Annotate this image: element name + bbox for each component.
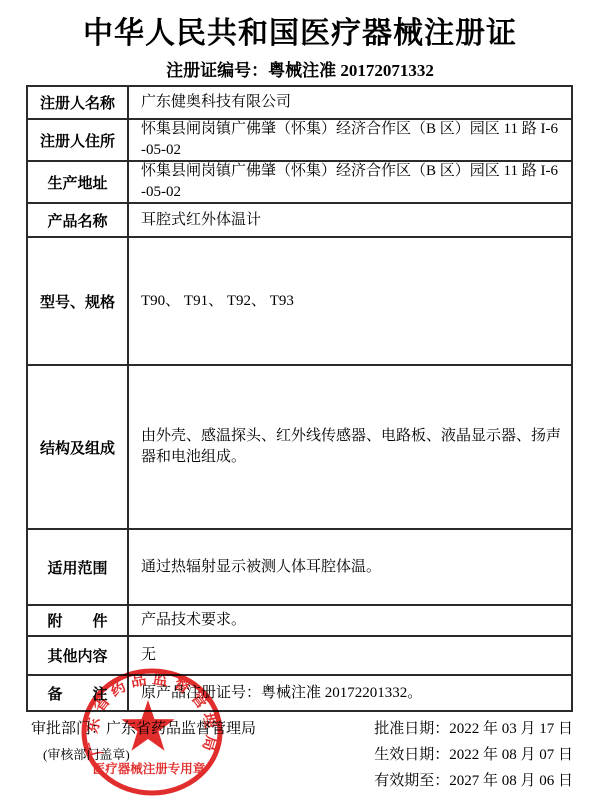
row-value: T90、 T91、 T92、 T93 [127, 238, 571, 364]
row-label: 产品名称 [28, 204, 127, 236]
table-row-structure: 结构及组成 由外壳、感温探头、红外线传感器、电路板、液晶显示器、扬声器和电池组成… [28, 366, 571, 530]
table-row-registrant-address: 注册人住所 怀集县闸岗镇广佛肇（怀集）经济合作区（B 区）园区 11 路 I-6… [28, 120, 571, 162]
table-row-intended-use: 适用范围 通过热辐射显示被测人体耳腔体温。 [28, 530, 571, 606]
row-value: 广东健奥科技有限公司 [127, 87, 571, 118]
row-value: 怀集县闸岗镇广佛肇（怀集）经济合作区（B 区）园区 11 路 I-6-05-02 [127, 120, 571, 160]
table-row-other-content: 其他内容 无 [28, 637, 571, 676]
row-label: 生产地址 [28, 162, 127, 202]
stamp-type-text: 医疗器械注册专用章 [93, 761, 206, 776]
table-row-registrant-name: 注册人名称 广东健奥科技有限公司 [28, 87, 571, 120]
row-label: 结构及组成 [28, 366, 127, 528]
table-row-remarks: 备 注 原产品注册证号：粤械注准 20172201332。 [28, 676, 571, 710]
date-block: 批准日期：2022 年 03 月 17 日 生效日期：2022 年 08 月 0… [374, 716, 573, 794]
table-row-attachment: 附 件 产品技术要求。 [28, 606, 571, 637]
row-label: 适用范围 [28, 530, 127, 604]
table-row-model-spec: 型号、规格 T90、 T91、 T92、 T93 [28, 238, 571, 366]
row-label: 型号、规格 [28, 238, 127, 364]
row-label: 注册人住所 [28, 120, 127, 160]
row-value: 由外壳、感温探头、红外线传感器、电路板、液晶显示器、扬声器和电池组成。 [127, 366, 571, 528]
approval-department-label: 审批部门： [31, 721, 106, 737]
seal-note: (审核部门盖章) [43, 744, 130, 763]
row-label: 备 注 [28, 676, 127, 710]
row-value: 无 [127, 637, 571, 674]
row-value: 原产品注册证号：粤械注准 20172201332。 [127, 676, 571, 710]
row-value: 耳腔式红外体温计 [127, 204, 571, 236]
effective-date-value: 2022 年 08 月 07 日 [449, 747, 573, 763]
effective-date-line: 生效日期：2022 年 08 月 07 日 [374, 742, 573, 768]
cert-number-line: 注册证编号：粤械注准 20172071332 [0, 56, 600, 81]
expiry-date-line: 有效期至：2027 年 08 月 06 日 [374, 768, 573, 794]
certificate-page: 中华人民共和国医疗器械注册证 注册证编号：粤械注准 20172071332 注册… [0, 0, 600, 800]
approval-date-line: 批准日期：2022 年 03 月 17 日 [374, 716, 573, 742]
row-label: 其他内容 [28, 637, 127, 674]
approval-date-label: 批准日期： [374, 721, 449, 737]
row-label: 附 件 [28, 606, 127, 635]
cert-number-label: 注册证编号： [166, 61, 268, 80]
expiry-date-value: 2027 年 08 月 06 日 [449, 773, 573, 789]
approval-date-value: 2022 年 03 月 17 日 [449, 721, 573, 737]
row-label: 注册人名称 [28, 87, 127, 118]
row-value: 怀集县闸岗镇广佛肇（怀集）经济合作区（B 区）园区 11 路 I-6-05-02 [127, 162, 571, 202]
page-title: 中华人民共和国医疗器械注册证 [0, 8, 600, 52]
approval-department-value: 广东省药品监督管理局 [106, 721, 256, 737]
cert-number-value: 粤械注准 20172071332 [268, 61, 434, 80]
table-row-production-address: 生产地址 怀集县闸岗镇广佛肇（怀集）经济合作区（B 区）园区 11 路 I-6-… [28, 162, 571, 204]
approval-department-line: 审批部门：广东省药品监督管理局 [31, 717, 256, 738]
table-row-product-name: 产品名称 耳腔式红外体温计 [28, 204, 571, 238]
effective-date-label: 生效日期： [374, 747, 449, 763]
row-value: 通过热辐射显示被测人体耳腔体温。 [127, 530, 571, 604]
row-value: 产品技术要求。 [127, 606, 571, 635]
expiry-date-label: 有效期至： [374, 773, 449, 789]
registration-table: 注册人名称 广东健奥科技有限公司 注册人住所 怀集县闸岗镇广佛肇（怀集）经济合作… [26, 85, 573, 712]
